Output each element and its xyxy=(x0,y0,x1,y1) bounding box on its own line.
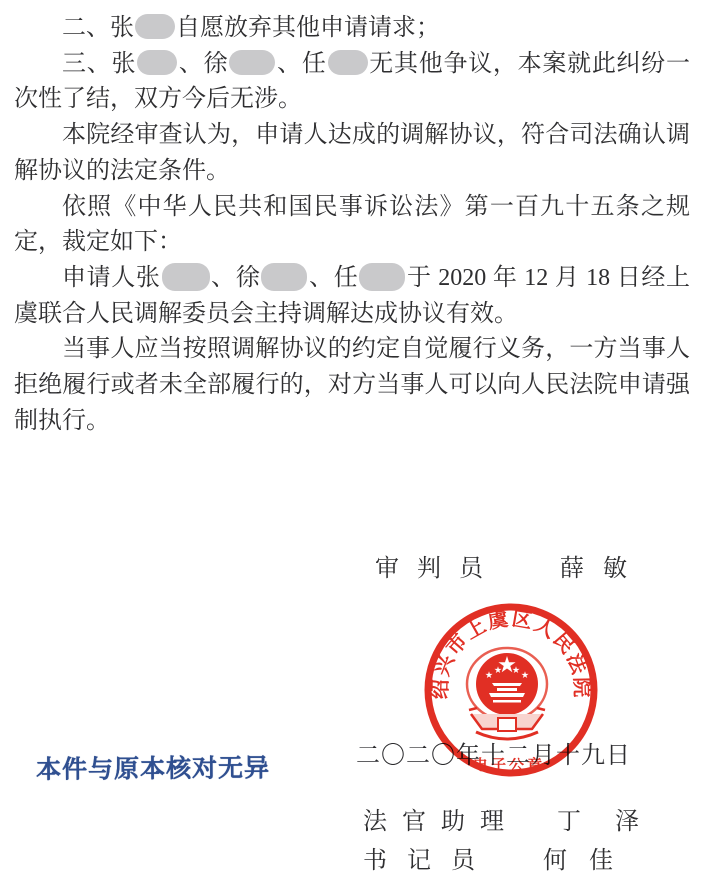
redacted-name xyxy=(328,50,368,75)
text-segment: 申请人张 xyxy=(62,265,161,291)
text-segment: 、徐 xyxy=(178,51,228,77)
judge-name: 薛敏 xyxy=(560,548,646,583)
ruling-body: 二、张自愿放弃其他申请请求； 三、张、徐、任无其他争议，本案就此纠纷一次性了结，… xyxy=(14,11,690,439)
verification-stamp: 本件与原本核对无异 xyxy=(36,748,270,786)
paragraph-item-3: 三、张、徐、任无其他争议，本案就此纠纷一次性了结，双方今后无涉。 xyxy=(14,47,690,118)
court-ruling-document: 二、张自愿放弃其他申请请求； 三、张、徐、任无其他争议，本案就此纠纷一次性了结，… xyxy=(0,0,704,893)
paragraph-review: 本院经审查认为，申请人达成的调解协议，符合司法确认调解协议的法定条件。 xyxy=(14,118,690,189)
paragraph-legal-basis: 依照《中华人民共和国民事诉讼法》第一百九十五条之规定，裁定如下： xyxy=(14,190,690,261)
clerk-title: 书记员 xyxy=(363,848,495,874)
text-segment: 自愿放弃其他申请请求； xyxy=(176,15,440,41)
text-segment: 当事人应当按照调解协议的约定自觉履行义务，一方当事人拒绝履行或者未全部履行的，对… xyxy=(14,336,690,433)
clerk-name: 何佳 xyxy=(543,840,635,875)
redacted-name xyxy=(162,263,210,291)
paragraph-enforcement: 当事人应当按照调解协议的约定自觉履行义务，一方当事人拒绝履行或者未全部履行的，对… xyxy=(14,332,690,439)
text-segment: 、任 xyxy=(276,51,326,77)
text-segment: 二、张 xyxy=(62,15,134,41)
judge-title: 审判员 xyxy=(375,556,501,582)
national-emblem-icon xyxy=(467,648,547,739)
court-seal-icon: 绍兴市上虞区人民法院 电子公章 xyxy=(421,600,601,780)
assistant-name: 丁泽 xyxy=(557,801,673,836)
text-segment: 、徐 xyxy=(211,265,261,291)
redacted-name xyxy=(137,50,177,75)
text-segment: 依照《中华人民共和国民事诉讼法》第一百九十五条之规定，裁定如下： xyxy=(14,194,690,256)
text-segment: 三、张 xyxy=(62,51,136,77)
redacted-name xyxy=(229,50,275,75)
judge-signature-row: 审判员 薛敏 xyxy=(375,548,501,583)
redacted-name xyxy=(261,263,307,291)
seal-sub-label: 电子公章 xyxy=(473,756,545,774)
assistant-title: 法官助理 xyxy=(363,809,519,835)
assistant-signature-row: 法官助理 丁泽 xyxy=(363,801,519,836)
clerk-signature-row: 书记员 何佳 xyxy=(363,840,495,875)
redacted-name xyxy=(359,263,405,291)
text-segment: 本院经审查认为，申请人达成的调解协议，符合司法确认调解协议的法定条件。 xyxy=(14,122,690,184)
paragraph-item-2: 二、张自愿放弃其他申请请求； xyxy=(14,11,690,47)
text-segment: 、任 xyxy=(308,265,358,291)
redacted-name xyxy=(135,14,175,39)
paragraph-ruling: 申请人张、徐、任于 2020 年 12 月 18 日经上虞联合人民调解委员会主持… xyxy=(14,261,690,332)
